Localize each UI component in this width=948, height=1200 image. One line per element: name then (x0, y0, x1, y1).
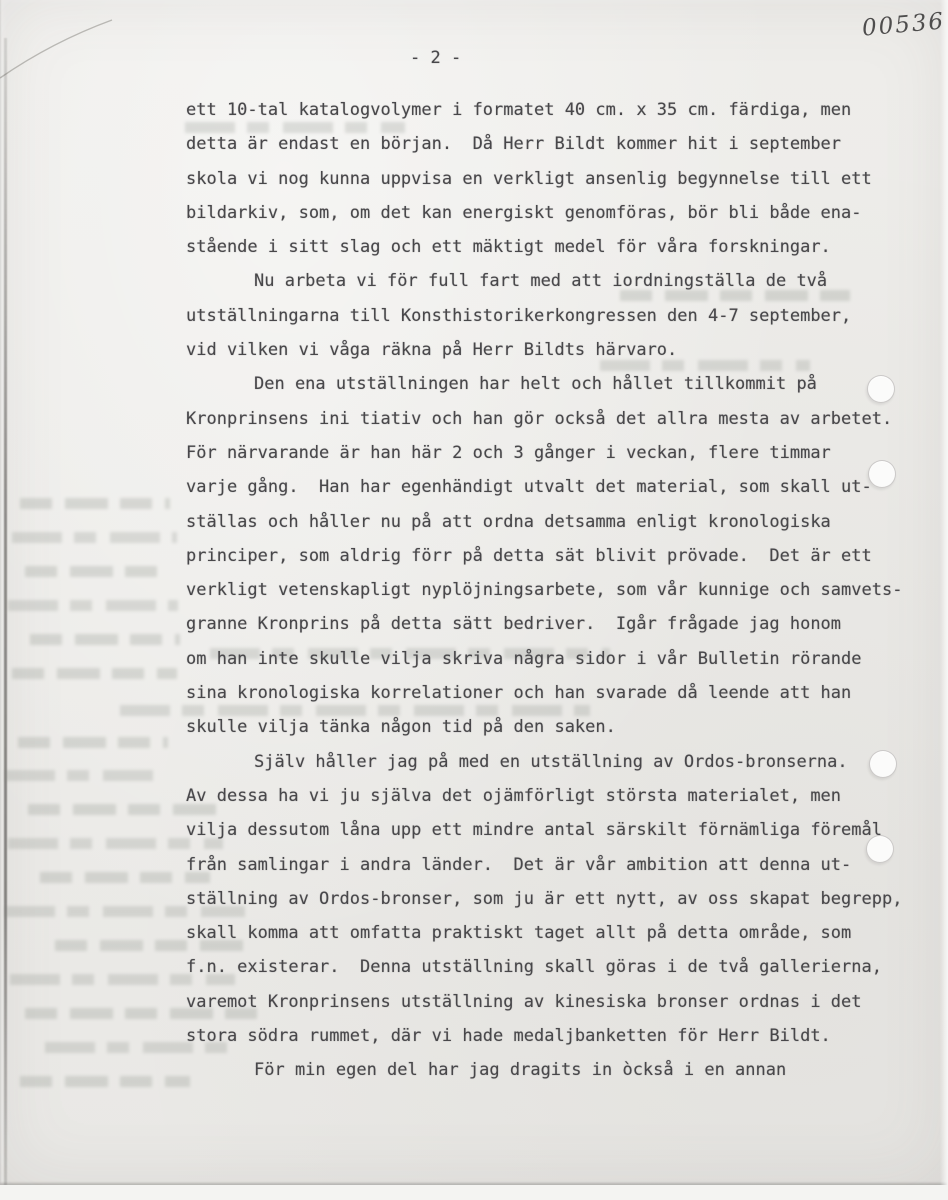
text-line: skall komma att omfatta praktiskt taget … (186, 916, 902, 950)
text-line: stora södra rummet, där vi hade medaljba… (186, 1019, 902, 1053)
scanned-page: 00536 - 2 - ett 10-tal katalogvolymer i … (0, 0, 948, 1185)
text-line: ställning av Ordos-bronser, som ju är et… (186, 882, 902, 916)
text-line: varemot Kronprinsens utställning av kine… (186, 985, 902, 1019)
text-line: bildarkiv, som, om det kan energiskt gen… (186, 196, 902, 230)
punch-hole (867, 375, 895, 403)
text-line: Kronprinsens ini tiativ och han gör ocks… (186, 402, 902, 436)
ghost-text-line (25, 566, 165, 577)
page-number: - 2 - (410, 46, 461, 70)
text-line: vid vilken vi våga räkna på Herr Bildts … (186, 333, 902, 367)
text-line: skola vi nog kunna uppvisa en verkligt a… (186, 162, 902, 196)
ghost-text-line (40, 872, 210, 883)
text-line: För min egen del har jag dragits in òcks… (186, 1053, 902, 1087)
text-line: ställas och håller nu på att ordna detsa… (186, 505, 902, 539)
text-line: vilja dessutom låna upp ett mindre antal… (186, 813, 902, 847)
text-line: Av dessa ha vi ju själva det ojämförligt… (186, 779, 902, 813)
text-line: Själv håller jag på med en utställning a… (186, 745, 902, 779)
typewritten-body: ett 10-tal katalogvolymer i formatet 40 … (186, 93, 902, 1088)
text-line: ett 10-tal katalogvolymer i formatet 40 … (186, 93, 902, 127)
text-line: om han inte skulle vilja skriva några si… (186, 642, 902, 676)
ghost-text-line (5, 770, 155, 781)
ghost-text-line (8, 600, 178, 611)
text-line: stående i sitt slag och ett mäktigt mede… (186, 230, 902, 264)
text-line: För närvarande är han här 2 och 3 gånger… (186, 436, 902, 470)
text-line: utställningarna till Konsthistorikerkong… (186, 299, 902, 333)
ghost-text-line (12, 668, 177, 679)
ghost-text-line (30, 634, 180, 645)
page-right-edge (940, 0, 948, 1185)
page-bottom-edge (0, 1185, 948, 1200)
archive-number-handwritten: 00536 (861, 8, 946, 41)
text-line: skulle vilja tänka någon tid på den sake… (186, 710, 902, 744)
text-line: varje gång. Han har egenhändigt utvalt d… (186, 470, 902, 504)
punch-hole (866, 835, 894, 863)
ghost-text-line (12, 532, 177, 543)
punch-hole (869, 750, 897, 778)
ghost-text-line (20, 1076, 190, 1087)
text-line: från samlingar i andra länder. Det är vå… (186, 848, 902, 882)
text-line: Den ena utställningen har helt och hålle… (186, 367, 902, 401)
text-line: granne Kronprins på detta sätt bedriver.… (186, 607, 902, 641)
ghost-text-line (20, 498, 170, 509)
punch-hole (868, 460, 896, 488)
page-left-edge (4, 38, 7, 1185)
paper-crease-line (0, 0, 160, 110)
text-line: principer, som aldrig förr på detta sät … (186, 539, 902, 573)
text-line: detta är endast en början. Då Herr Bildt… (186, 127, 902, 161)
text-line: f.n. existerar. Denna utställning skall … (186, 950, 902, 984)
ghost-text-line (18, 737, 168, 748)
text-line: Nu arbeta vi för full fart med att iordn… (186, 264, 902, 298)
text-line: sina kronologiska korrelationer och han … (186, 676, 902, 710)
text-line: verkligt vetenskapligt nyplöjningsarbete… (186, 573, 902, 607)
